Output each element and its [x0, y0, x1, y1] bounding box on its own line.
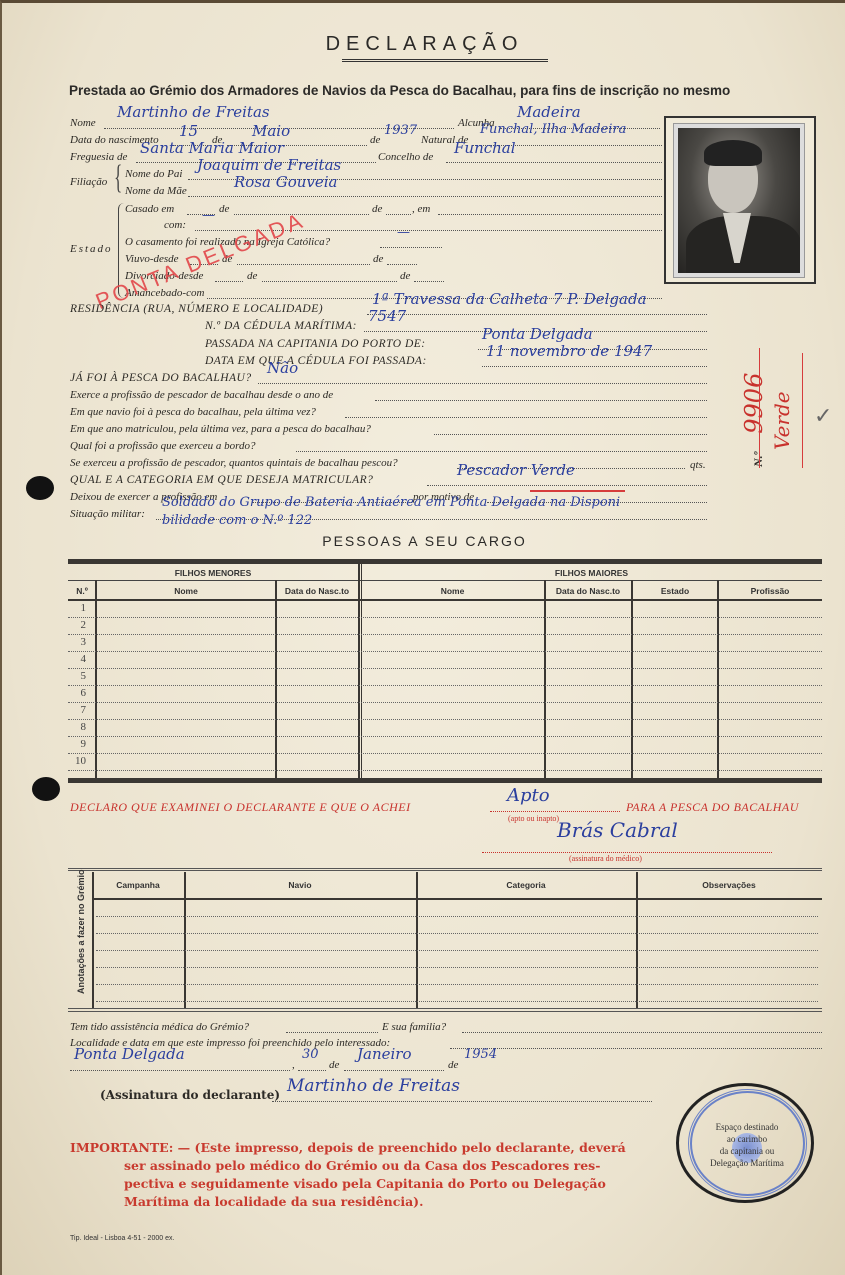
table-row[interactable]: 8 [68, 720, 822, 737]
apto-hint: (apto ou inapto) [508, 814, 559, 823]
residencia-value: 1ª Travessa da Calheta 7 P. Delgada [372, 290, 647, 308]
assinatura-label: (Assinatura do declarante) [100, 1088, 280, 1102]
de-label: de [370, 134, 380, 146]
page-title: DECLARAÇÃO [2, 33, 845, 56]
casado-year-field[interactable] [386, 203, 411, 215]
annotation-row[interactable] [96, 933, 818, 934]
de-label: de [329, 1059, 339, 1071]
viuvo-year-field[interactable] [387, 253, 417, 265]
casado-place-field[interactable] [438, 203, 662, 215]
capitania-label: PASSADA NA CAPITANIA DO PORTO DE: [205, 338, 426, 350]
ja-foi-field[interactable] [258, 372, 707, 384]
applicant-photo [673, 123, 805, 278]
col-nome-maiores: Nome [361, 586, 544, 596]
table-row[interactable]: 3 [68, 635, 822, 652]
assistencia-field[interactable] [286, 1021, 378, 1033]
row-number: 6 [68, 687, 94, 699]
dependents-rows: 1 2 3 4 5 6 7 8 9 10 [68, 601, 822, 771]
militar-value-1: Soldado do Grupo de Bateria Antiaérea em… [162, 495, 620, 510]
col-data-maiores: Data do Nasc.to [544, 586, 632, 596]
concelho-label: Concelho de [378, 151, 433, 163]
militar-label: Situação militar: [70, 508, 145, 520]
year-value: 1954 [464, 1047, 497, 1062]
ano-matricula-field[interactable] [434, 423, 707, 435]
table-row[interactable]: 6 [68, 686, 822, 703]
nascimento-day: 15 [179, 122, 198, 140]
month-value: Janeiro [357, 1045, 412, 1063]
annotations-side-label: Anotações a fazer no Grémio [70, 886, 92, 996]
pai-value: Joaquim de Freitas [197, 156, 341, 174]
brace: { [114, 159, 122, 197]
category-annotation: Verde [767, 348, 797, 468]
exerce-field[interactable] [375, 389, 707, 401]
important-notice: IMPORTANTE: — (Este impresso, depois de … [70, 1139, 650, 1211]
casado-label: Casado em [125, 203, 174, 215]
table-row[interactable]: 7 [68, 703, 822, 720]
pai-label: Nome do Pai [125, 168, 182, 180]
check-mark-icon: ✓ [814, 403, 832, 429]
red-line [759, 348, 760, 468]
col-campanha: Campanha [92, 880, 184, 890]
number-value: 9906 [740, 373, 768, 434]
row-number: 7 [68, 704, 94, 716]
divorciado-month-field[interactable] [262, 270, 397, 282]
de-label: de [400, 270, 410, 282]
row-number: 8 [68, 721, 94, 733]
important-line-3: pectiva e seguidamente visado pela Capit… [70, 1175, 650, 1193]
familia-label: E sua familia? [382, 1021, 446, 1033]
mae-value: Rosa Gouveia [234, 173, 338, 191]
militar-value-2: bilidade com o N.º 122 [162, 513, 312, 528]
freguesia-value: Santa Maria Maior [140, 139, 284, 157]
estado-label: Estado [70, 243, 113, 255]
dependents-table: FILHOS MENORES FILHOS MAIORES N.º Nome D… [68, 559, 822, 783]
row-number: 2 [68, 619, 94, 631]
col-num: N.º [68, 586, 96, 596]
natural-value: Funchal, Ilha Madeira [480, 122, 626, 137]
nome-value: Martinho de Freitas [117, 103, 270, 121]
table-row[interactable]: 4 [68, 652, 822, 669]
assistencia-label: Tem tido assistência médica do Grémio? [70, 1021, 249, 1033]
profissao-bordo-label: Qual foi a profissão que exerceu a bordo… [70, 440, 255, 452]
concelho-value: Funchal [454, 139, 516, 157]
declaro-label: DECLARO QUE EXAMINEI O DECLARANTE E QUE … [70, 800, 411, 815]
ja-foi-value: Não [267, 359, 298, 377]
printer-footer: Tip. Ideal - Lisboa 4-51 - 2000 ex. [70, 1235, 174, 1242]
de-label: de [247, 270, 257, 282]
para-label: PARA A PESCA DO BACALHAU [626, 800, 799, 815]
annotation-row[interactable] [96, 916, 818, 917]
mae-label: Nome da Mãe [125, 185, 187, 197]
ano-matricula-label: Em que ano matriculou, pela última vez, … [70, 423, 371, 435]
col-categoria: Categoria [416, 880, 636, 890]
table-row[interactable]: 5 [68, 669, 822, 686]
red-line [802, 353, 803, 468]
category-annotation-value: Verde [770, 391, 794, 450]
com-label: com: [164, 219, 186, 231]
assinatura-value: Martinho de Freitas [287, 1076, 460, 1096]
annotation-row[interactable] [96, 984, 818, 985]
de-label: de [373, 253, 383, 265]
row-number: 1 [68, 602, 94, 614]
punch-hole [32, 777, 60, 801]
col-observacoes: Observações [636, 880, 822, 890]
divorciado-day-field[interactable] [215, 270, 243, 282]
cedula-label: N.º DA CÉDULA MARÍTIMA: [205, 320, 357, 332]
nascimento-month: Maio [252, 122, 290, 140]
col-data: Data do Nasc.to [276, 586, 358, 596]
declaration-form: DECLARAÇÃO Prestada ao Grémio dos Armado… [0, 0, 845, 1275]
filhos-menores-header: FILHOS MENORES [68, 568, 358, 578]
signature-hint: (assinatura do médico) [569, 854, 642, 863]
number-label: N.º [751, 452, 765, 467]
igreja-value: — [397, 225, 410, 240]
navio-label: Em que navio foi à pesca do bacalhau, pe… [70, 406, 316, 418]
dependents-title: PESSOAS A SEU CARGO [2, 533, 845, 549]
annotation-row[interactable] [96, 1001, 818, 1002]
exerce-label: Exerce a profissão de pescador de bacalh… [70, 389, 333, 401]
row-number: 3 [68, 636, 94, 648]
profissao-bordo-field[interactable] [296, 440, 707, 452]
apto-value: Apto [507, 785, 550, 806]
viuvo-month-field[interactable] [237, 253, 370, 265]
table-row[interactable]: 1 [68, 601, 822, 618]
residencia-label: RESIDÊNCIA (RUA, NÚMERO E LOCALIDADE) [70, 303, 323, 315]
cedula-value: 7547 [368, 307, 406, 325]
col-estado: Estado [632, 586, 718, 596]
row-number: 5 [68, 670, 94, 682]
navio-field[interactable] [345, 406, 707, 418]
categoria-value: Pescador Verde [457, 461, 575, 479]
annotation-row[interactable] [96, 950, 818, 951]
title-underline [342, 59, 548, 62]
capitania-value: Ponta Delgada [482, 325, 593, 343]
form-subtitle: Prestada ao Grémio dos Armadores de Navi… [69, 83, 730, 98]
table-row[interactable]: 2 [68, 618, 822, 635]
registration-number: N.º 9906 [737, 333, 767, 493]
em-label: , em [412, 203, 430, 215]
col-nome: Nome [96, 586, 276, 596]
punch-hole [26, 476, 54, 500]
data-cedula-label: DATA EM QUE A CÉDULA FOI PASSADA: [205, 355, 427, 367]
filiacao-label: Filiação [70, 176, 107, 188]
annotations-table: Anotações a fazer no Grémio Campanha Nav… [68, 868, 822, 1013]
categoria-label: QUAL E A CATEGORIA EM QUE DESEJA MATRICU… [70, 474, 373, 486]
igreja-field[interactable] [380, 236, 442, 248]
medico-signature: Brás Cabral [557, 818, 678, 842]
col-profissao: Profissão [718, 586, 822, 596]
row-number: 10 [68, 755, 94, 767]
nome-label: Nome [70, 117, 96, 129]
quintais-unit: qts. [690, 459, 706, 471]
quintais-label: Se exerceu a profissão de pescador, quan… [70, 457, 398, 469]
col-navio: Navio [184, 880, 416, 890]
local-value: Ponta Delgada [74, 1045, 185, 1063]
divorciado-year-field[interactable] [414, 270, 444, 282]
familia-field[interactable] [462, 1021, 822, 1033]
medico-signature-field[interactable] [482, 841, 772, 853]
de-label: de [448, 1059, 458, 1071]
important-line-2: ser assinado pelo médico do Grémio ou da… [70, 1157, 650, 1175]
stamp-instructions: Espaço destinado ao carimbo da capitania… [692, 1121, 802, 1169]
comma: , [292, 1059, 295, 1071]
data-cedula-value: 11 novembro de 1947 [486, 342, 652, 360]
day-value: 30 [302, 1047, 319, 1062]
alcunha-value: Madeira [517, 103, 581, 121]
important-line-4: Marítima da localidade da sua residência… [70, 1193, 650, 1211]
nascimento-year: 1937 [384, 123, 417, 138]
annotation-row[interactable] [96, 967, 818, 968]
table-row[interactable]: 10 [68, 754, 822, 771]
row-number: 9 [68, 738, 94, 750]
com-value: — [202, 208, 215, 223]
filhos-maiores-header: FILHOS MAIORES [361, 568, 822, 578]
localidade-extra-field[interactable] [450, 1037, 822, 1049]
table-row[interactable]: 9 [68, 737, 822, 754]
de-label: de [219, 203, 229, 215]
de-label: de [372, 203, 382, 215]
ja-foi-label: JÁ FOI À PESCA DO BACALHAU? [70, 372, 252, 384]
row-number: 4 [68, 653, 94, 665]
important-line-1: IMPORTANTE: — (Este impresso, depois de … [70, 1139, 650, 1157]
